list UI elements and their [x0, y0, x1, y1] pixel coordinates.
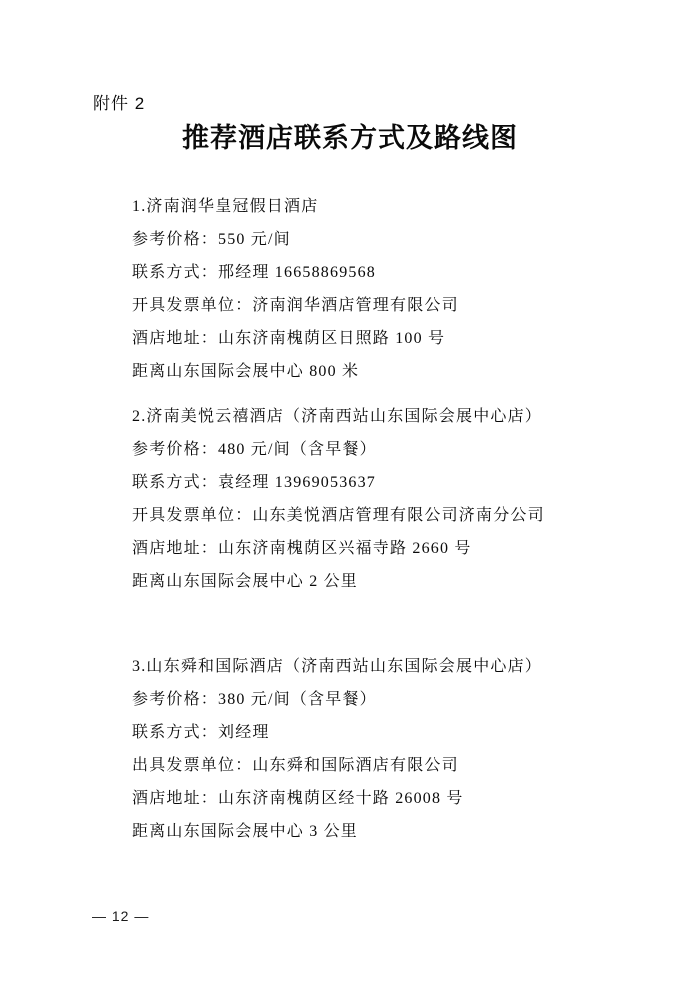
hotel-name-line: 1.济南润华皇冠假日酒店: [132, 190, 660, 223]
page-title: 推荐酒店联系方式及路线图: [0, 116, 700, 155]
price-line: 参考价格：550 元/间: [132, 223, 660, 256]
distance-line: 距离山东国际会展中心 3 公里: [132, 815, 660, 848]
hotel-entry-2: 2.济南美悦云禧酒店（济南西站山东国际会展中心店） 参考价格：480 元/间（含…: [132, 400, 660, 598]
attachment-label: 附件 2: [93, 89, 145, 114]
distance-line: 距离山东国际会展中心 2 公里: [132, 565, 660, 598]
contact-line: 联系方式：刘经理: [132, 716, 660, 749]
address-line: 酒店地址：山东济南槐荫区日照路 100 号: [132, 322, 660, 355]
price-line: 参考价格：380 元/间（含早餐）: [132, 683, 660, 716]
hotel-name-line: 3.山东舜和国际酒店（济南西站山东国际会展中心店）: [132, 650, 660, 683]
address-line: 酒店地址：山东济南槐荫区经十路 26008 号: [132, 782, 660, 815]
invoice-line: 开具发票单位：山东美悦酒店管理有限公司济南分公司: [132, 499, 660, 532]
document-page: 附件 2 推荐酒店联系方式及路线图 1.济南润华皇冠假日酒店 参考价格：550 …: [0, 0, 700, 990]
contact-line: 联系方式：邢经理 16658869568: [132, 256, 660, 289]
hotel-name-line: 2.济南美悦云禧酒店（济南西站山东国际会展中心店）: [132, 400, 660, 433]
invoice-line: 出具发票单位：山东舜和国际酒店有限公司: [132, 749, 660, 782]
invoice-line: 开具发票单位：济南润华酒店管理有限公司: [132, 289, 660, 322]
hotel-entry-3: 3.山东舜和国际酒店（济南西站山东国际会展中心店） 参考价格：380 元/间（含…: [132, 650, 660, 848]
price-line: 参考价格：480 元/间（含早餐）: [132, 433, 660, 466]
distance-line: 距离山东国际会展中心 800 米: [132, 355, 660, 388]
hotel-entry-1: 1.济南润华皇冠假日酒店 参考价格：550 元/间 联系方式：邢经理 16658…: [132, 190, 660, 388]
contact-line: 联系方式：袁经理 13969053637: [132, 466, 660, 499]
page-number: — 12 —: [92, 908, 149, 924]
address-line: 酒店地址：山东济南槐荫区兴福寺路 2660 号: [132, 532, 660, 565]
